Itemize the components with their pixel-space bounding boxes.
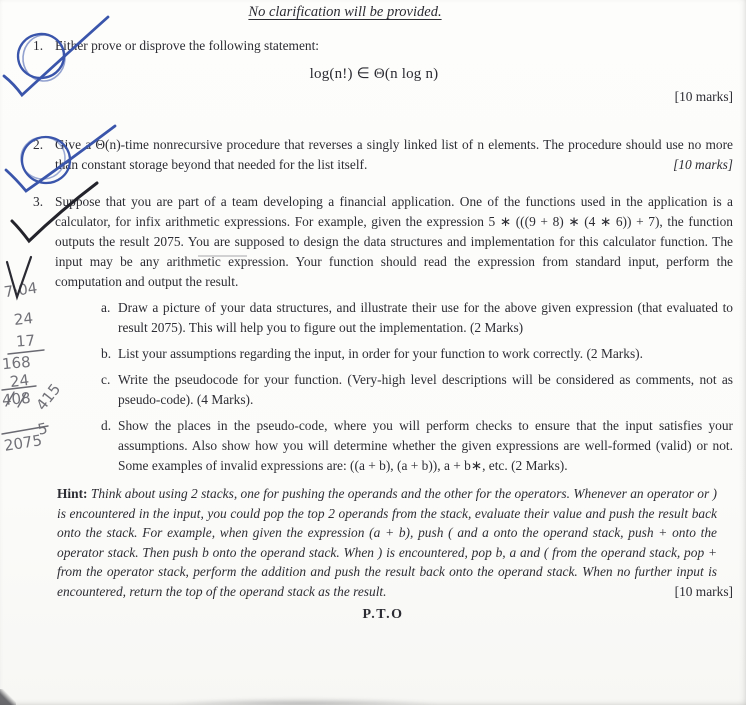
question-1: 1. Either prove or disprove the followin…	[33, 36, 733, 107]
pencil-scribble: 24	[13, 311, 34, 328]
subitem-a-text: Draw a picture of your data structures, …	[118, 300, 733, 335]
question-2-marks: [10 marks]	[673, 155, 733, 175]
hint-paragraph: Hint: Think about using 2 stacks, one fo…	[57, 484, 717, 601]
scan-bottom-smear	[168, 698, 438, 705]
exam-page: No clarification will be provided. 1. Ei…	[0, 0, 746, 705]
hint-label: Hint:	[57, 486, 88, 501]
question-1-text: Either prove or disprove the following s…	[55, 38, 319, 53]
question-3: 3. Suppose that you are part of a team d…	[33, 192, 733, 476]
hint-text: Think about using 2 stacks, one for push…	[57, 486, 717, 599]
question-2: 2. Give a Θ(n)-time nonrecursive procedu…	[33, 135, 733, 175]
subitem-a: a. Draw a picture of your data structure…	[101, 298, 733, 338]
subitem-b: b. List your assumptions regarding the i…	[101, 344, 733, 364]
pencil-scribble: 408	[1, 391, 31, 408]
scan-corner-smudge	[0, 689, 16, 705]
pencil-scribble: 168	[1, 355, 31, 372]
subitem-b-text: List your assumptions regarding the inpu…	[118, 346, 643, 361]
subitem-d-text: Show the places in the pseudo-code, wher…	[118, 418, 733, 473]
question-1-formula: log(n!) ∈ Θ(n log n)	[55, 64, 693, 84]
pencil-scribble: 24	[9, 373, 30, 390]
subitem-b-label: b.	[101, 344, 111, 364]
subitem-c: c. Write the pseudocode for your functio…	[101, 370, 733, 410]
pencil-scribble: 17	[16, 333, 36, 349]
subitem-d-label: d.	[101, 416, 111, 436]
hint-marks: [10 marks]	[675, 582, 733, 602]
question-3-text: Suppose that you are part of a team deve…	[55, 194, 733, 289]
question-1-marks: [10 marks]	[55, 87, 733, 107]
question-2-number: 2.	[33, 135, 53, 155]
subitem-d: d. Show the places in the pseudo-code, w…	[101, 416, 733, 476]
page-footer-pto: P.T.O	[33, 605, 733, 625]
question-1-number: 1.	[33, 36, 53, 56]
subitem-a-label: a.	[101, 298, 110, 318]
subitem-c-text: Write the pseudocode for your function. …	[118, 372, 733, 407]
page-title: No clarification will be provided.	[0, 4, 690, 21]
subitem-c-label: c.	[101, 370, 110, 390]
question-3-subitems: a. Draw a picture of your data structure…	[101, 298, 733, 476]
page-title-text: No clarification will be provided.	[248, 4, 441, 20]
question-2-text: Give a Θ(n)-time nonrecursive procedure …	[55, 137, 733, 172]
question-3-number: 3.	[33, 192, 53, 212]
document-body: 1. Either prove or disprove the followin…	[33, 36, 733, 625]
pencil-scribble: 7·04	[3, 281, 38, 301]
